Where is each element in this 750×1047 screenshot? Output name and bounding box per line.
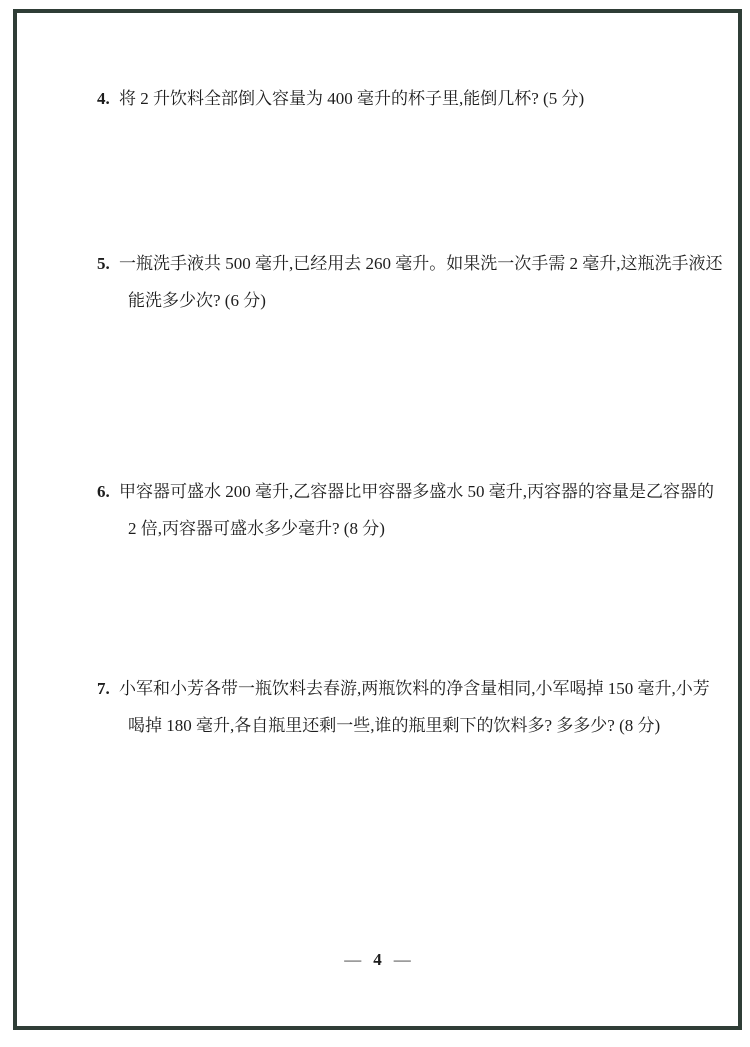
question-6-text-continued: 2 倍,丙容器可盛水多少毫升? (8 分): [128, 519, 385, 538]
question-7-text: 小军和小芳各带一瓶饮料去春游,两瓶饮料的净含量相同,小军喝掉 150 毫升,小芳: [119, 679, 710, 698]
question-5-number: 5.: [97, 254, 110, 273]
question-5-text-continued: 能洗多少次? (6 分): [128, 291, 266, 310]
question-4: 4. 将 2 升饮料全部倒入容量为 400 毫升的杯子里,能倒几杯? (5 分): [97, 80, 717, 117]
question-7-number: 7.: [97, 679, 110, 698]
question-4-number: 4.: [97, 89, 110, 108]
question-6-text: 甲容器可盛水 200 毫升,乙容器比甲容器多盛水 50 毫升,丙容器的容量是乙容…: [119, 482, 714, 501]
question-6: 6. 甲容器可盛水 200 毫升,乙容器比甲容器多盛水 50 毫升,丙容器的容量…: [97, 473, 717, 547]
question-4-line-1: 4. 将 2 升饮料全部倒入容量为 400 毫升的杯子里,能倒几杯? (5 分): [97, 80, 717, 117]
question-6-number: 6.: [97, 482, 110, 501]
footer-dash-left: —: [344, 950, 361, 969]
question-7-line-1: 7. 小军和小芳各带一瓶饮料去春游,两瓶饮料的净含量相同,小军喝掉 150 毫升…: [97, 670, 717, 707]
scanned-test-page: 4. 将 2 升饮料全部倒入容量为 400 毫升的杯子里,能倒几杯? (5 分)…: [0, 0, 750, 1047]
question-7: 7. 小军和小芳各带一瓶饮料去春游,两瓶饮料的净含量相同,小军喝掉 150 毫升…: [97, 670, 717, 744]
question-6-line-2: 2 倍,丙容器可盛水多少毫升? (8 分): [97, 510, 717, 547]
question-5-line-1: 5. 一瓶洗手液共 500 毫升,已经用去 260 毫升。如果洗一次手需 2 毫…: [97, 245, 717, 282]
question-6-line-1: 6. 甲容器可盛水 200 毫升,乙容器比甲容器多盛水 50 毫升,丙容器的容量…: [97, 473, 717, 510]
page-footer: —4—: [13, 945, 742, 975]
question-7-line-2: 喝掉 180 毫升,各自瓶里还剩一些,谁的瓶里剩下的饮料多? 多多少? (8 分…: [97, 707, 717, 744]
footer-dash-right: —: [394, 950, 411, 969]
question-5-line-2: 能洗多少次? (6 分): [97, 282, 717, 319]
question-5: 5. 一瓶洗手液共 500 毫升,已经用去 260 毫升。如果洗一次手需 2 毫…: [97, 245, 717, 319]
question-5-text: 一瓶洗手液共 500 毫升,已经用去 260 毫升。如果洗一次手需 2 毫升,这…: [119, 254, 723, 273]
question-4-text: 将 2 升饮料全部倒入容量为 400 毫升的杯子里,能倒几杯? (5 分): [119, 89, 584, 108]
page-number: 4: [373, 950, 382, 969]
question-7-text-continued: 喝掉 180 毫升,各自瓶里还剩一些,谁的瓶里剩下的饮料多? 多多少? (8 分…: [128, 716, 660, 735]
